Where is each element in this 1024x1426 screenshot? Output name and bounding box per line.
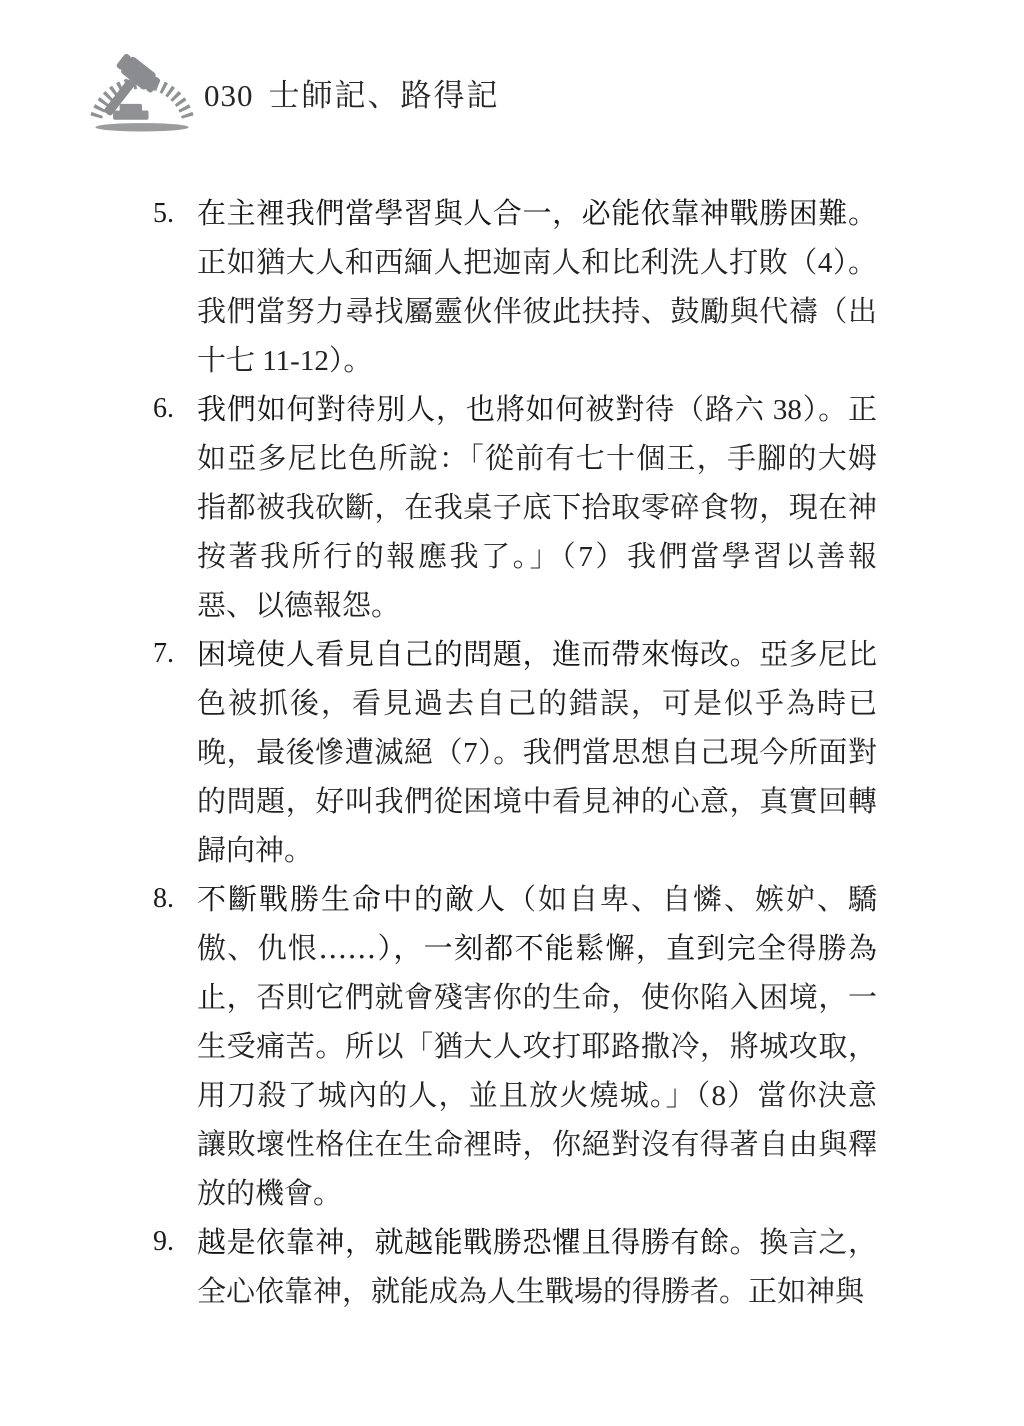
list-item: 5.在主裡我們當學習與人合一，必能依靠神戰勝困難。正如猶大人和西緬人把迦南人和比…	[153, 190, 877, 385]
list-item: 7.困境使人看見自己的問題，進而帶來悔改。亞多尼比色被抓後，看見過去自己的錯誤，…	[153, 630, 877, 875]
item-number: 6.	[153, 385, 174, 433]
page-header: 030 士師記、路得記	[86, 42, 500, 136]
item-number: 5.	[153, 190, 174, 238]
item-number: 8.	[153, 875, 174, 923]
text-segment-ming: （路六 38）。	[675, 394, 848, 426]
page-number: 030	[204, 78, 254, 114]
text-segment-hei: 我們如何對待別人，也將如何被對待	[197, 394, 675, 426]
list-item: 6.我們如何對待別人，也將如何被對待（路六 38）。正如亞多尼比色所說：「從前有…	[153, 385, 877, 630]
book-page: 030 士師記、路得記 5.在主裡我們當學習與人合一，必能依靠神戰勝困難。正如猶…	[0, 0, 1024, 1426]
list-item: 9.越是依靠神，就越能戰勝恐懼且得勝有餘。換言之，全心依靠神，就能成為人生戰場的…	[153, 1218, 877, 1316]
content-area: 5.在主裡我們當學習與人合一，必能依靠神戰勝困難。正如猶大人和西緬人把迦南人和比…	[153, 190, 877, 1316]
text-segment-ming: （8）	[696, 1080, 758, 1112]
text-segment-kai: 。	[343, 343, 372, 377]
book-title: 士師記、路得記	[269, 70, 500, 115]
gavel-wreath-icon	[86, 42, 198, 136]
list-item: 8.不斷戰勝生命中的敵人（如自卑、自憐、嫉妒、驕傲、仇恨……），一刻都不能鬆懈，…	[153, 875, 877, 1218]
text-segment-ming: （4）	[788, 247, 848, 279]
running-head: 030 士師記、路得記	[204, 70, 500, 115]
numbered-list: 5.在主裡我們當學習與人合一，必能依靠神戰勝困難。正如猶大人和西緬人把迦南人和比…	[153, 190, 877, 1316]
text-segment-kai: 正如猶大人和西緬人把迦南人和比利洗人打敗	[197, 245, 788, 279]
text-segment-hei: 不斷戰勝生命中的敵人（	[197, 884, 538, 916]
text-segment-ming: （7）	[561, 541, 627, 573]
item-number: 9.	[153, 1218, 174, 1266]
text-segment-hei: 在主裡我們當學習與人合一，必能依靠神戰勝困難。	[197, 198, 877, 230]
text-segment-hei: 困境使人看見自己的問題，進而帶來悔改。	[197, 639, 759, 671]
text-segment-ming: （7）	[434, 737, 494, 769]
text-segment-hei: 越是依靠神，就越能戰勝恐懼且得勝有餘。	[197, 1227, 759, 1259]
item-number: 7.	[153, 630, 174, 678]
